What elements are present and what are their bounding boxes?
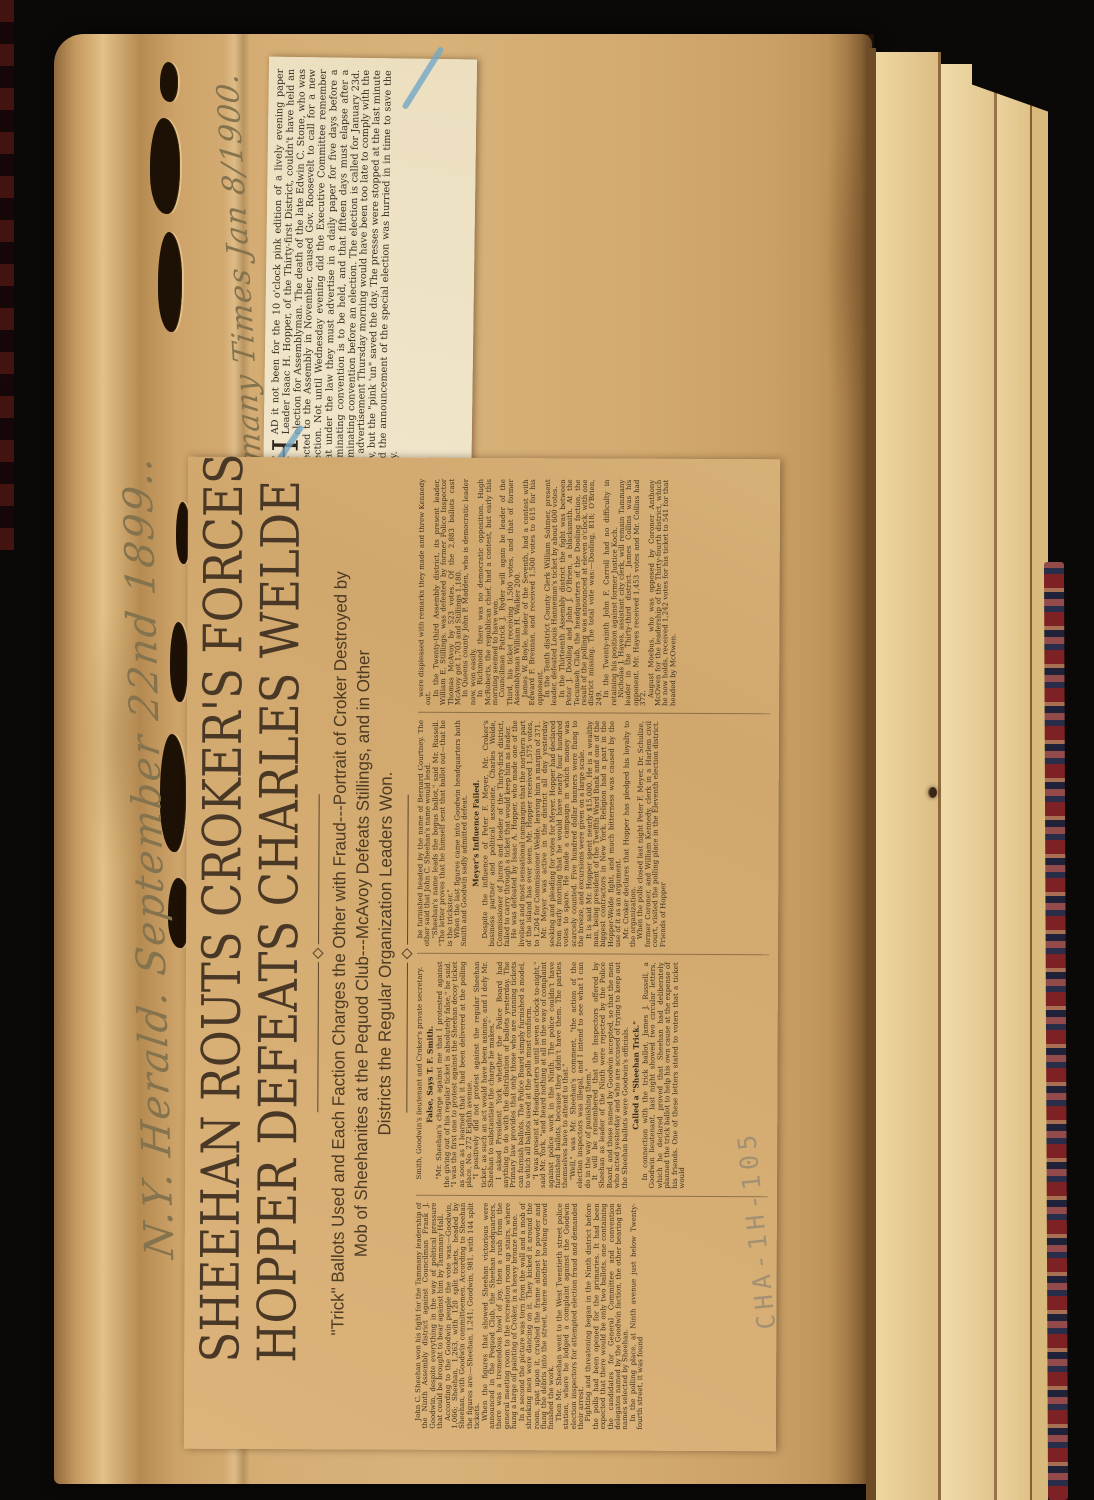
headline-line-1: SHEEHAN ROUTS CROKER'S FORCES — [192, 543, 253, 1363]
column-paragraph: In a second the picture was torn from th… — [519, 1203, 557, 1429]
column-paragraph: When the polls closed last night Peter F… — [637, 721, 668, 947]
column-paragraph: "Well," was Mr. Sheehan's comment, "the … — [570, 962, 593, 1188]
rule-diamond-ornament — [312, 471, 324, 1435]
rotated-page-content: N.Y. Herald. September 22nd 1899.. Tamma… — [0, 0, 1094, 1500]
column-subhead: Called a "Sheehan Trick." — [632, 962, 641, 1188]
column-paragraph: James W. Boyle, leader of the Seventh, h… — [522, 479, 545, 705]
column-paragraph: "Sheehan's name leads the bogus ballot,"… — [432, 720, 455, 946]
clipping-ny-herald: SHEEHAN ROUTS CROKER'S FORCES HOPPER DEF… — [184, 457, 780, 1452]
paper-hole-speck — [928, 787, 937, 798]
column-subhead: False, Says T. F. Smith. — [426, 961, 435, 1187]
clipping-a-body: AD it not been for the 10 o'clock pink e… — [270, 69, 400, 471]
clipping-b-layout: SHEEHAN ROUTS CROKER'S FORCES HOPPER DEF… — [192, 471, 774, 1438]
column-paragraph: Nicholas J. Hayes, assistant city clerk,… — [618, 480, 649, 706]
binding-tear — [150, 118, 180, 214]
column-subhead: Meyer's Influence Failed. — [472, 720, 481, 946]
binding-tear — [170, 622, 188, 702]
column-paragraph: "I was present at Headquarters until sev… — [533, 962, 571, 1188]
column-paragraph: John C. Sheehan won his fight for the Ta… — [415, 1202, 446, 1428]
article-column-2: Smith, Goodwin's lieutenant and Croker's… — [416, 954, 769, 1197]
article-column-4: were displeased with remarks they made a… — [418, 472, 771, 715]
column-paragraph: When the last figures came into Goodwin … — [454, 720, 470, 946]
headline-line-2: HOPPER DEFEATS CHARLES WELDE — [249, 543, 310, 1363]
column-paragraph: Then Mr. Sheehan went to the West Twenti… — [556, 1203, 587, 1429]
column-paragraph: When the figures that showed Sheehan vic… — [482, 1203, 520, 1429]
column-paragraph: In the Thirteenth Assembly district the … — [559, 479, 604, 705]
column-paragraph: Mr. Meyer was active in the district all… — [541, 721, 586, 947]
column-paragraph: In the polling place, at Ninth avenue ju… — [630, 1203, 646, 1429]
page-edge-gap — [866, 48, 876, 1500]
diamond-icon — [312, 948, 323, 959]
article-column-1: John C. Sheehan won his fight for the Ta… — [415, 1195, 768, 1437]
column-paragraph: "I positively did not protest against th… — [473, 961, 496, 1187]
column-paragraph: In connection with the trick ballot, Jam… — [642, 962, 687, 1188]
spine-cloth-edge — [0, 0, 14, 550]
column-paragraph: It will be remembered that the Inspector… — [592, 962, 630, 1188]
diamond-icon — [401, 948, 412, 959]
binding-tear — [160, 62, 178, 102]
column-paragraph: I asked President York whether the Polic… — [496, 962, 534, 1188]
column-paragraph: In Richmond there was no democratic oppo… — [477, 479, 500, 705]
column-paragraph: August Moebus, who was opposed by Corone… — [648, 480, 679, 706]
scrapbook-photo: N.Y. Herald. September 22nd 1899.. Tamma… — [0, 0, 1094, 1500]
marbled-fore-edge — [1044, 562, 1068, 1500]
column-paragraph: Smith, Goodwin's lieutenant and Croker's… — [416, 961, 424, 1187]
rule-diamond-ornament — [401, 472, 413, 1436]
column-paragraph: Despite the influence of Peter F. Meyer,… — [482, 720, 513, 946]
binding-tear — [158, 232, 182, 332]
clipping-a-paragraph: HAD it not been for the 10 o'clock pink … — [270, 69, 405, 471]
article-columns: John C. Sheehan won his fight for the Ta… — [415, 472, 771, 1438]
column-paragraph: It is said Mr. Hopper spent nearly $15,0… — [586, 721, 624, 947]
column-paragraph: In the Twenty-third Assembly district, i… — [433, 479, 464, 705]
page-edge-band — [997, 80, 1032, 1500]
column-paragraph: Councilman Patrick J. Ryder will again b… — [500, 479, 523, 705]
page-edge-band — [941, 64, 997, 1500]
column-paragraph: Fighting and threatening began in the Ni… — [585, 1203, 630, 1429]
subhead-line-3: Districts the Regular Organization Leade… — [372, 486, 399, 1421]
column-paragraph: "Mr. Sheehan's charge against me that I … — [436, 961, 474, 1187]
article-column-3: be furnished headed by the name of Berna… — [417, 713, 770, 956]
column-paragraph: According to the Goodwin people the vote… — [445, 1203, 483, 1429]
page-edge-band — [876, 52, 941, 1500]
column-paragraph: He was defeated by Isaac A. Hopper, who … — [512, 720, 543, 946]
